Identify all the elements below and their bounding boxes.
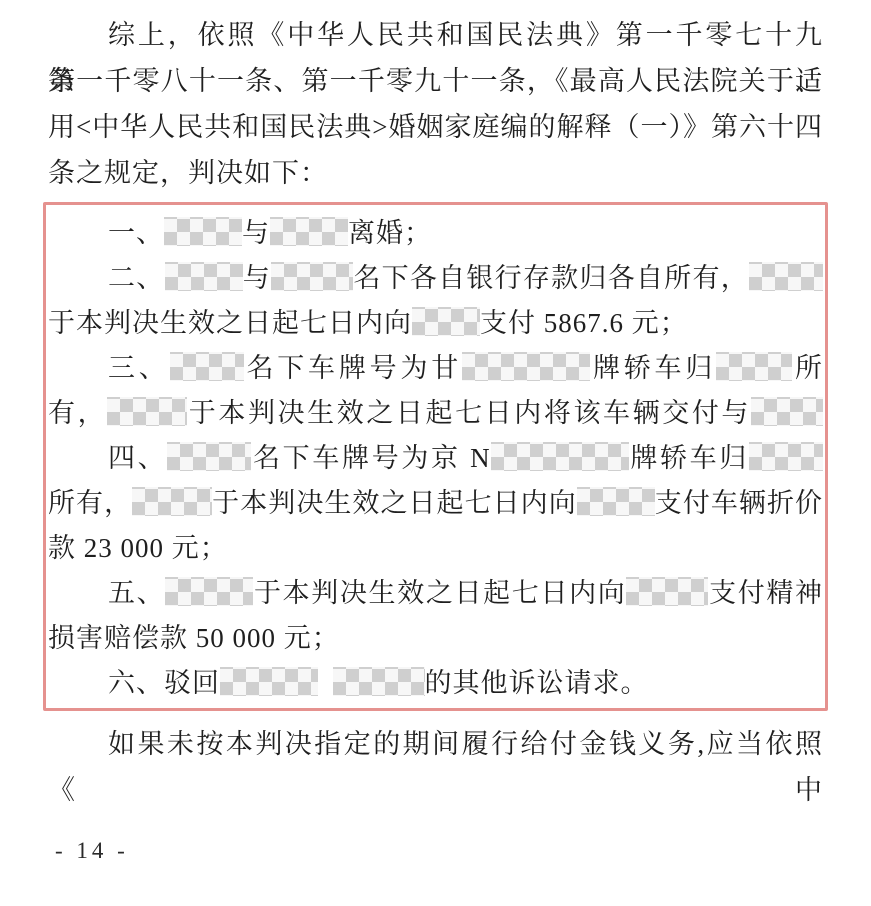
page-number: - 14 - [55, 838, 129, 864]
text-segment [318, 668, 333, 698]
text-segment: 与 [243, 263, 272, 293]
text-line: 综上，依照《中华人民共和国民法典》第一千零七十九条、 [48, 12, 823, 58]
text-segment: 牌轿车归 [629, 443, 749, 473]
redaction-block [165, 262, 243, 291]
text-line: 于本判决生效之日起七日内向支付 5867.6 元； [48, 301, 823, 346]
redaction-block [491, 442, 629, 471]
intro-paragraph: 综上，依照《中华人民共和国民法典》第一千零七十九条、第一千零八十一条、第一千零九… [48, 12, 823, 196]
text-segment: 于本判决生效之日起七日内向 [253, 578, 626, 608]
text-line: 第一千零八十一条、第一千零九十一条，《最高人民法院关于适 [48, 58, 823, 104]
text-segment: 第一千零八十一条、第一千零九十一条，《最高人民法院关于适 [48, 66, 823, 96]
text-segment: 支付车辆折价 [655, 488, 823, 518]
text-segment: 五、 [108, 578, 165, 608]
redaction-block [220, 667, 318, 696]
text-segment: 于本判决生效之日起七日内将该车辆交付与 [187, 398, 751, 428]
text-segment: 于本判决生效之日起七日内向 [48, 308, 412, 338]
text-segment: 名下各自银行存款归各自所有， [353, 263, 749, 293]
text-segment: 牌轿车归 [590, 353, 716, 383]
text-segment: 六、驳回 [108, 668, 220, 698]
text-segment: 所有， [48, 488, 132, 518]
text-line: 二、与名下各自银行存款归各自所有， [48, 256, 823, 301]
text-segment: 支付精神 [708, 578, 823, 608]
redaction-block [462, 352, 590, 381]
redaction-block [270, 217, 348, 246]
text-line: 如果未按本判决指定的期间履行给付金钱义务,应当依照《中 [48, 721, 823, 767]
text-line: 款 23 000 元； [48, 526, 823, 571]
text-segment: 三、 [108, 353, 170, 383]
document-body: 综上，依照《中华人民共和国民法典》第一千零七十九条、第一千零八十一条、第一千零九… [48, 12, 823, 767]
text-line: 有，于本判决生效之日起七日内将该车辆交付与 [48, 391, 823, 436]
redaction-block [626, 577, 708, 606]
text-line: 用<中华人民共和国民法典>婚姻家庭编的解释（一）》第六十四 [48, 104, 823, 150]
redaction-block [333, 667, 425, 696]
redaction-block [751, 397, 823, 426]
text-line: 六、驳回 的其他诉讼请求。 [48, 661, 823, 706]
text-line: 五、于本判决生效之日起七日内向支付精神 [48, 571, 823, 616]
text-segment: 用<中华人民共和国民法典>婚姻家庭编的解释（一）》第六十四 [48, 112, 823, 142]
text-segment: 二、 [108, 263, 165, 293]
text-segment: 于本判决生效之日起七日内向 [212, 488, 577, 518]
redaction-block [716, 352, 792, 381]
redaction-block [577, 487, 655, 516]
judgment-document-page: 综上，依照《中华人民共和国民法典》第一千零七十九条、第一千零八十一条、第一千零九… [0, 0, 871, 906]
text-line: 条之规定，判决如下： [48, 150, 823, 196]
text-segment: 有， [48, 398, 107, 428]
redaction-block [271, 262, 353, 291]
redaction-block [412, 307, 480, 336]
text-segment: 所 [792, 353, 823, 383]
text-segment: 损害赔偿款 50 000 元； [48, 623, 340, 653]
text-line: 四、名下车牌号为京 N牌轿车归 [48, 436, 823, 481]
text-segment: 款 23 000 元； [48, 533, 228, 563]
text-segment: 支付 5867.6 元； [480, 308, 688, 338]
redaction-block [164, 217, 242, 246]
text-segment: 名下车牌号为京 N [251, 443, 490, 473]
text-segment: 离婚； [348, 218, 432, 248]
text-segment: 名下车牌号为甘 [244, 353, 463, 383]
text-line: 三、名下车牌号为甘牌轿车归所 [48, 346, 823, 391]
text-line: 一、与离婚； [48, 211, 823, 256]
text-segment: 四、 [108, 443, 167, 473]
redaction-block [107, 397, 187, 426]
redaction-block [749, 442, 823, 471]
text-segment: 条之规定，判决如下： [48, 158, 328, 188]
text-segment: 如果未按本判决指定的期间履行给付金钱义务,应当依照《中 [48, 729, 823, 805]
closing-paragraph: 如果未按本判决指定的期间履行给付金钱义务,应当依照《中 [48, 721, 823, 767]
redaction-block [132, 487, 212, 516]
text-segment: 的其他诉讼请求。 [425, 668, 649, 698]
redaction-block [170, 352, 244, 381]
redaction-block [165, 577, 253, 606]
text-line: 所有，于本判决生效之日起七日内向支付车辆折价 [48, 481, 823, 526]
judgment-box: 一、与离婚；二、与名下各自银行存款归各自所有，于本判决生效之日起七日内向支付 5… [43, 202, 828, 711]
text-line: 损害赔偿款 50 000 元； [48, 616, 823, 661]
redaction-block [167, 442, 251, 471]
text-segment: 与 [242, 218, 270, 248]
redaction-block [749, 262, 823, 291]
text-segment: 一、 [108, 218, 164, 248]
